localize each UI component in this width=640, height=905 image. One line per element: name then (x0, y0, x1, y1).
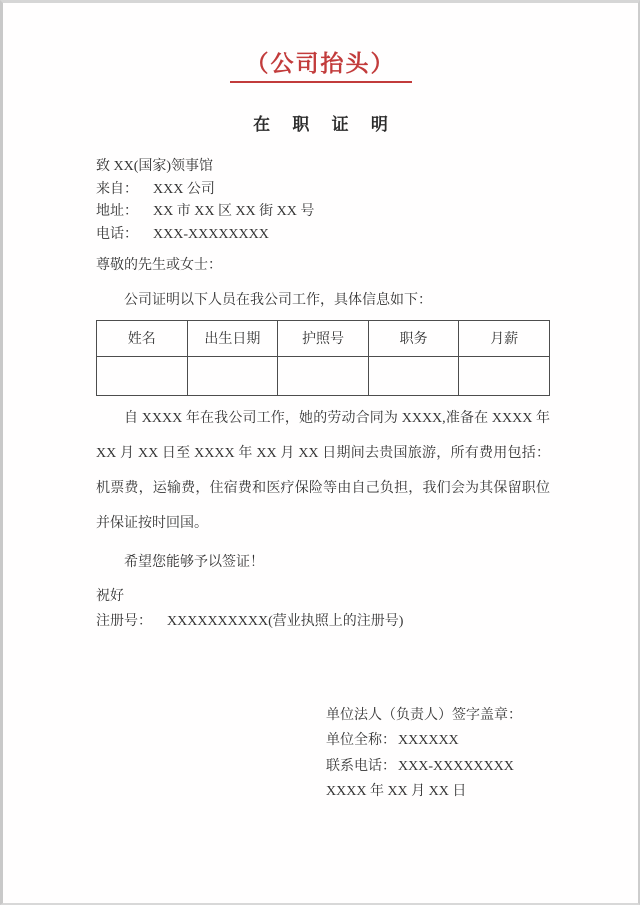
phone-value: XXX-XXXXXXXX (153, 227, 269, 242)
table-cell-name (97, 356, 188, 395)
document-page: （公司抬头） 在 职 证 明 致 XX(国家)领事馆 来自：XXX 公司 地址：… (0, 0, 640, 905)
signature-block: 单位法人（负责人）签字盖章： 单位全称：XXXXXX 联系电话：XXX-XXXX… (326, 703, 550, 805)
signature-sign-line: 单位法人（负责人）签字盖章： (326, 703, 550, 729)
table-row (97, 356, 550, 395)
table-cell-salary (459, 356, 550, 395)
registration-label: 注册号： (96, 611, 152, 633)
signature-company-line: 单位全称：XXXXXX (326, 728, 550, 754)
signature-phone-label: 联系电话： (326, 754, 396, 780)
from-label: 来自： (96, 179, 138, 202)
signature-company-value: XXXXXX (398, 733, 459, 748)
registration-number-line: 注册号：XXXXXXXXXX(营业执照上的注册号) (96, 611, 550, 633)
table-cell-birthdate (187, 356, 278, 395)
registration-value: XXXXXXXXXX(营业执照上的注册号) (167, 614, 403, 629)
table-header-row: 姓名 出生日期 护照号 职务 月薪 (97, 320, 550, 356)
company-letterhead-placeholder: （公司抬头） (230, 45, 412, 83)
document-title: 在 职 证 明 (3, 110, 638, 135)
table-cell-position (368, 356, 459, 395)
table-cell-passport (278, 356, 369, 395)
salutation-line: 尊敬的先生或女士： (96, 255, 550, 278)
intro-sentence: 公司证明以下人员在我公司工作，具体信息如下： (96, 290, 550, 312)
address-value: XX 市 XX 区 XX 街 XX 号 (153, 204, 314, 219)
regards-line: 祝好 (96, 586, 550, 608)
signature-phone-value: XXX-XXXXXXXX (398, 759, 514, 774)
letterhead-container: （公司抬头） (3, 3, 638, 83)
visa-request-line: 希望您能够予以签证！ (96, 552, 550, 574)
recipient-block: 致 XX(国家)领事馆 来自：XXX 公司 地址：XX 市 XX 区 XX 街 … (96, 156, 550, 278)
sender-address-line: 地址：XX 市 XX 区 XX 街 XX 号 (96, 201, 550, 224)
table-header-birthdate: 出生日期 (187, 320, 278, 356)
table-header-position: 职务 (368, 320, 459, 356)
from-value: XXX 公司 (153, 182, 215, 197)
address-label: 地址： (96, 201, 138, 224)
signature-company-label: 单位全称： (326, 728, 396, 754)
document-body: 致 XX(国家)领事馆 来自：XXX 公司 地址：XX 市 XX 区 XX 街 … (3, 156, 638, 805)
signature-date-line: XXXX 年 XX 月 XX 日 (326, 779, 550, 805)
employee-info-table: 姓名 出生日期 护照号 职务 月薪 (96, 320, 550, 396)
recipient-consulate-line: 致 XX(国家)领事馆 (96, 156, 550, 179)
table-header-salary: 月薪 (459, 320, 550, 356)
table-header-name: 姓名 (97, 320, 188, 356)
sender-phone-line: 电话：XXX-XXXXXXXX (96, 224, 550, 247)
phone-label: 电话： (96, 224, 138, 247)
signature-phone-line: 联系电话：XXX-XXXXXXXX (326, 754, 550, 780)
sender-company-line: 来自：XXX 公司 (96, 179, 550, 202)
table-header-passport: 护照号 (278, 320, 369, 356)
employment-details-paragraph: 自 XXXX 年在我公司工作，她的劳动合同为 XXXX,准备在 XXXX 年 X… (96, 401, 550, 541)
